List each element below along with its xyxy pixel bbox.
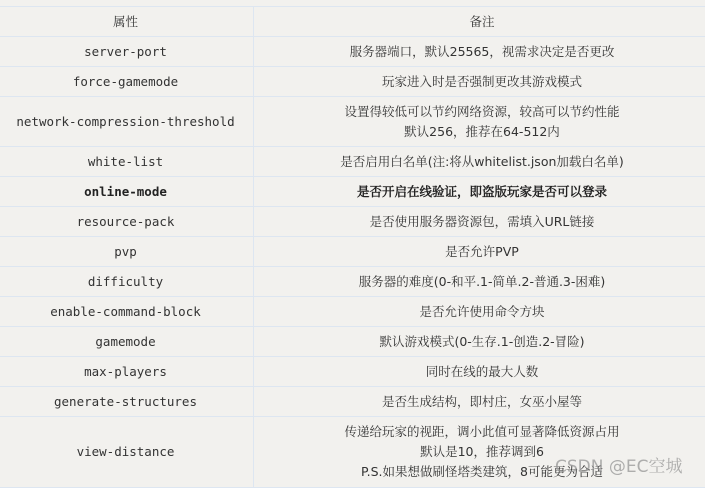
table-row: network-compression-threshold 设置得较低可以节约网…: [0, 97, 705, 147]
note-line: 默认256，推荐在64-512内: [254, 122, 705, 142]
property-note: 是否生成结构，即村庄，女巫小屋等: [254, 387, 705, 417]
note-line: 传递给玩家的视距，调小此值可显著降低资源占用: [254, 422, 705, 442]
property-note: 玩家进入时是否强制更改其游戏模式: [254, 67, 705, 97]
note-line: 默认游戏模式(0-生存.1-创造.2-冒险): [254, 332, 705, 352]
note-line: 是否允许使用命令方块: [254, 302, 705, 322]
property-key: max-players: [0, 357, 254, 387]
property-note: 设置得较低可以节约网络资源，较高可以节约性能 默认256，推荐在64-512内: [254, 97, 705, 147]
note-line: 同时在线的最大人数: [254, 362, 705, 382]
property-key: view-distance: [0, 417, 254, 485]
table-row: resource-pack 是否使用服务器资源包，需填入URL链接: [0, 207, 705, 237]
note-line: 是否允许PVP: [254, 242, 705, 262]
property-note: 是否启用白名单(注:将从whitelist.json加载白名单): [254, 147, 705, 177]
note-line: 是否使用服务器资源包，需填入URL链接: [254, 212, 705, 232]
property-note: 默认游戏模式(0-生存.1-创造.2-冒险): [254, 327, 705, 357]
property-key: pvp: [0, 237, 254, 267]
table-row-highlighted: online-mode 是否开启在线验证，即盗版玩家是否可以登录: [0, 177, 705, 207]
header-property: 属性: [0, 7, 254, 37]
note-line: 设置得较低可以节约网络资源，较高可以节约性能: [254, 102, 705, 122]
property-key: resource-pack: [0, 207, 254, 237]
property-key: online-mode: [0, 177, 254, 207]
property-key: generate-structures: [0, 387, 254, 417]
property-key: difficulty: [0, 267, 254, 297]
watermark: CSDN @EC空城: [555, 452, 682, 477]
header-note: 备注: [254, 7, 705, 37]
property-key: server-port: [0, 37, 254, 67]
property-key: white-list: [0, 147, 254, 177]
property-key: force-gamemode: [0, 67, 254, 97]
property-note: 同时在线的最大人数: [254, 357, 705, 387]
table-row: enable-command-block 是否允许使用命令方块: [0, 297, 705, 327]
note-line: 是否启用白名单(注:将从whitelist.json加载白名单): [254, 152, 705, 172]
property-note: 是否允许使用命令方块: [254, 297, 705, 327]
table-row: gamemode 默认游戏模式(0-生存.1-创造.2-冒险): [0, 327, 705, 357]
table-row: server-port 服务器端口，默认25565，视需求决定是否更改: [0, 37, 705, 67]
note-line: 是否开启在线验证，即盗版玩家是否可以登录: [254, 182, 705, 202]
property-note: 服务器的难度(0-和平.1-简单.2-普通.3-困难): [254, 267, 705, 297]
table-row: force-gamemode 玩家进入时是否强制更改其游戏模式: [0, 67, 705, 97]
property-key: enable-command-block: [0, 297, 254, 327]
note-line: 服务器端口，默认25565，视需求决定是否更改: [254, 42, 705, 62]
note-line: 服务器的难度(0-和平.1-简单.2-普通.3-困难): [254, 272, 705, 292]
property-note: 是否使用服务器资源包，需填入URL链接: [254, 207, 705, 237]
table-row: pvp 是否允许PVP: [0, 237, 705, 267]
property-key: gamemode: [0, 327, 254, 357]
header-row: 属性 备注: [0, 7, 705, 37]
table-row: difficulty 服务器的难度(0-和平.1-简单.2-普通.3-困难): [0, 267, 705, 297]
note-line: 是否生成结构，即村庄，女巫小屋等: [254, 392, 705, 412]
table-row: white-list 是否启用白名单(注:将从whitelist.json加载白…: [0, 147, 705, 177]
property-note: 是否允许PVP: [254, 237, 705, 267]
table-row: max-players 同时在线的最大人数: [0, 357, 705, 387]
server-properties-table: 属性 备注 server-port 服务器端口，默认25565，视需求决定是否更…: [0, 6, 705, 484]
note-line: 玩家进入时是否强制更改其游戏模式: [254, 72, 705, 92]
table-row: generate-structures 是否生成结构，即村庄，女巫小屋等: [0, 387, 705, 417]
property-note: 服务器端口，默认25565，视需求决定是否更改: [254, 37, 705, 67]
property-note: 是否开启在线验证，即盗版玩家是否可以登录: [254, 177, 705, 207]
property-key: network-compression-threshold: [0, 97, 254, 147]
